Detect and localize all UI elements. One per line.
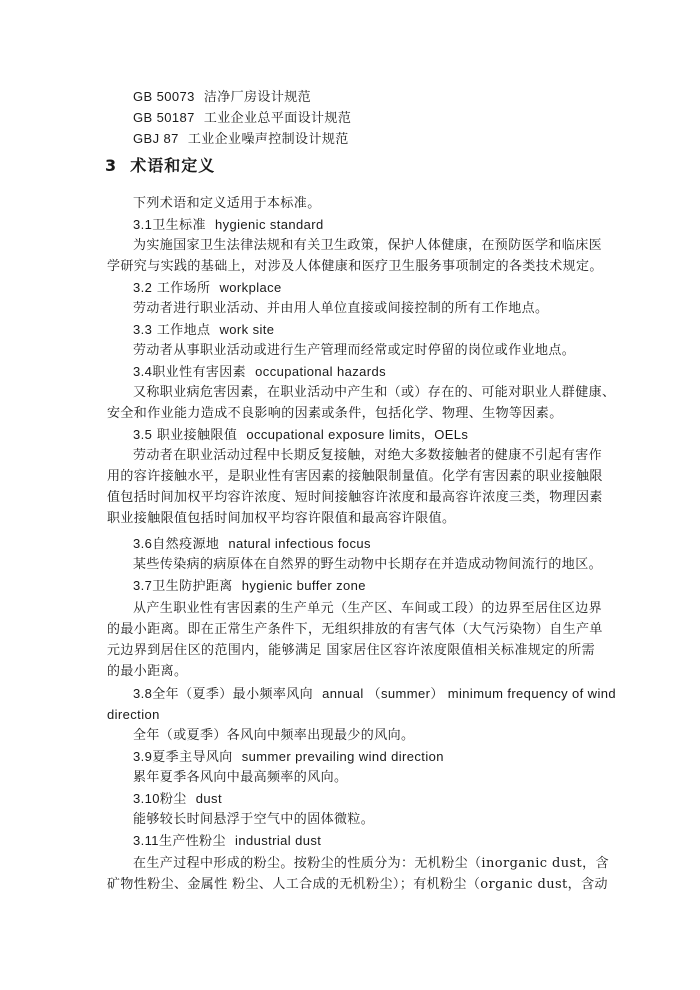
term-number: 3.5 — [133, 427, 152, 442]
term-number: 3.2 — [133, 280, 152, 295]
reference-title: 洁净厂房设计规范 — [204, 90, 311, 105]
term-zh: 粉尘 — [160, 792, 187, 807]
term-en: work site — [220, 322, 275, 337]
term-heading: 3.5 职业接触限值 occupational exposure limits，… — [133, 424, 468, 446]
reference-item: GBJ 87 工业企业噪声控制设计规范 — [133, 128, 349, 150]
term-heading: 3.10粉尘 dust — [133, 788, 222, 810]
term-definition: 职业接触限值包括时间加权平均容许限值和最高容许限值。 — [107, 508, 455, 529]
term-definition: 劳动者在职业活动过程中长期反复接触，对绝大多数接触者的健康不引起有害作 — [133, 445, 595, 466]
term-definition: 在生产过程中形成的粉尘。按粉尘的性质分为：无机粉尘（inorganic dust… — [133, 853, 595, 874]
term-heading: 3.7卫生防护距离 hygienic buffer zone — [133, 575, 366, 597]
term-heading: 3.4职业性有害因素 occupational hazards — [133, 361, 386, 383]
term-number: 3.3 — [133, 322, 152, 337]
term-en: occupational exposure limits，OELs — [246, 427, 468, 442]
term-definition: 劳动者进行职业活动、并由用人单位直接或间接控制的所有工作地点。 — [133, 298, 548, 319]
term-definition: 矿物性粉尘、金属性 粉尘、人工合成的无机粉尘）；有机粉尘（organic dus… — [107, 874, 595, 895]
term-heading: 3.8全年（夏季）最小频率风向 annual （summer） minimum … — [133, 683, 595, 705]
term-zh: 夏季主导风向 — [152, 750, 232, 765]
reference-title: 工业企业总平面设计规范 — [204, 111, 351, 126]
term-heading: 3.1卫生标准 hygienic standard — [133, 214, 324, 236]
term-definition: 的最小距离。 — [107, 661, 187, 682]
term-definition: 值包括时间加权平均容许浓度、短时间接触容许浓度和最高容许浓度三类，物理因素 — [107, 487, 595, 508]
term-heading: 3.6自然疫源地 natural infectious focus — [133, 533, 371, 555]
term-en: hygienic standard — [215, 217, 324, 232]
term-zh: 工作地点 — [157, 323, 211, 338]
term-zh: 卫生防护距离 — [152, 579, 232, 594]
term-zh: 自然疫源地 — [152, 537, 219, 552]
term-number: 3.10 — [133, 791, 160, 806]
term-zh: 全年（夏季）最小频率风向 — [152, 687, 313, 702]
reference-code: GB 50073 — [133, 89, 195, 104]
term-en: annual （summer） minimum frequency of win… — [322, 686, 616, 701]
term-heading: 3.2 工作场所 workplace — [133, 277, 282, 299]
term-definition: 学研究与实践的基础上，对涉及人体健康和医疗卫生服务事项制定的各类技术规定。 — [107, 256, 595, 277]
section-intro: 下列术语和定义适用于本标准。 — [133, 193, 321, 214]
term-en: dust — [196, 791, 222, 806]
term-zh: 职业性有害因素 — [152, 365, 246, 380]
term-en-continued: direction — [107, 704, 160, 725]
section-heading: 3 术语和定义 — [105, 155, 215, 176]
term-zh: 卫生标准 — [152, 218, 206, 233]
term-definition: 又称职业病危害因素，在职业活动中产生和（或）存在的、可能对职业人群健康、 — [133, 382, 595, 403]
term-definition: 从产生职业性有害因素的生产单元（生产区、车间或工段）的边界至居住区边界 — [133, 598, 595, 619]
term-definition: 的最小距离。即在正常生产条件下，无组织排放的有害气体（大气污染物）自生产单 — [107, 619, 595, 640]
section-number: 3 — [105, 156, 117, 175]
term-en: occupational hazards — [255, 364, 386, 379]
term-definition: 元边界到居住区的范围内，能够满足 国家居住区容许浓度限值相关标准规定的所需 — [107, 640, 595, 661]
term-en: natural infectious focus — [228, 536, 371, 551]
reference-item: GB 50073 洁净厂房设计规范 — [133, 86, 311, 108]
term-definition: 某些传染病的病原体在自然界的野生动物中长期存在并造成动物间流行的地区。 — [133, 554, 602, 575]
term-en: summer prevailing wind direction — [242, 749, 444, 764]
term-definition: 安全和作业能力造成不良影响的因素或条件，包括化学、物理、生物等因素。 — [107, 403, 563, 424]
term-number: 3.1 — [133, 217, 152, 232]
term-definition: 用的容许接触水平，是职业性有害因素的接触限制量值。化学有害因素的职业接触限 — [107, 466, 595, 487]
reference-code: GB 50187 — [133, 110, 195, 125]
reference-item: GB 50187 工业企业总平面设计规范 — [133, 107, 351, 129]
term-definition: 能够较长时间悬浮于空气中的固体微粒。 — [133, 809, 374, 830]
term-en: industrial dust — [235, 833, 321, 848]
term-number: 3.7 — [133, 578, 152, 593]
term-en: hygienic buffer zone — [242, 578, 366, 593]
term-number: 3.11 — [133, 833, 159, 848]
term-number: 3.9 — [133, 749, 152, 764]
term-zh: 职业接触限值 — [157, 428, 237, 443]
reference-code: GBJ 87 — [133, 131, 179, 146]
term-definition: 为实施国家卫生法律法规和有关卫生政策，保护人体健康，在预防医学和临床医 — [133, 235, 595, 256]
term-definition: 全年（或夏季）各风向中频率出现最少的风向。 — [133, 725, 414, 746]
term-number: 3.8 — [133, 686, 152, 701]
term-heading: 3.9夏季主导风向 summer prevailing wind directi… — [133, 746, 444, 768]
reference-title: 工业企业噪声控制设计规范 — [188, 132, 349, 147]
term-zh: 生产性粉尘 — [159, 834, 226, 849]
term-heading: 3.11生产性粉尘 industrial dust — [133, 830, 321, 852]
term-number: 3.6 — [133, 536, 152, 551]
term-en: workplace — [220, 280, 282, 295]
term-number: 3.4 — [133, 364, 152, 379]
term-definition: 累年夏季各风向中最高频率的风向。 — [133, 767, 347, 788]
section-title: 术语和定义 — [130, 156, 215, 175]
term-heading: 3.3 工作地点 work site — [133, 319, 274, 341]
term-zh: 工作场所 — [157, 281, 211, 296]
term-definition: 劳动者从事职业活动或进行生产管理而经常或定时停留的岗位或作业地点。 — [133, 340, 575, 361]
